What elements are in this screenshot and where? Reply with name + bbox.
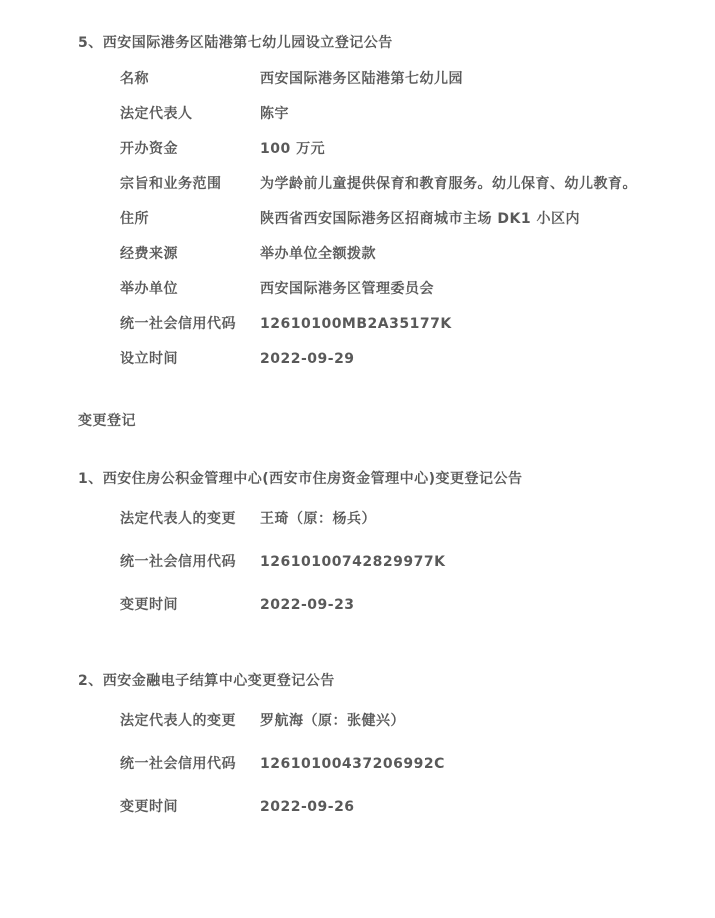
field-row-address: 住所 陕西省西安国际港务区招商城市主场 DK1 小区内 [78, 209, 670, 229]
field-row-credit-code: 统一社会信用代码 12610100MB2A35177K [78, 314, 670, 334]
field-label: 经费来源 [120, 244, 260, 264]
field-value: 2022-09-23 [260, 595, 670, 615]
field-value: 罗航海（原：张健兴） [260, 711, 670, 731]
field-value: 西安国际港务区陆港第七幼儿园 [260, 69, 670, 89]
field-row-organizer: 举办单位 西安国际港务区管理委员会 [78, 279, 670, 299]
field-value: 12610100MB2A35177K [260, 314, 670, 334]
field-value: 12610100437206992C [260, 754, 670, 774]
establishment-fields: 名称 西安国际港务区陆港第七幼儿园 法定代表人 陈宇 开办资金 100 万元 宗… [78, 69, 670, 369]
field-value: 2022-09-29 [260, 349, 670, 369]
field-label: 法定代表人的变更 [120, 711, 260, 731]
field-row-name: 名称 西安国际港务区陆港第七幼儿园 [78, 69, 670, 89]
field-row-opening-funds: 开办资金 100 万元 [78, 139, 670, 159]
change-announcement-title-2: 2、西安金融电子结算中心变更登记公告 [78, 671, 670, 691]
field-value: 王琦（原：杨兵） [260, 509, 670, 529]
field-value: 举办单位全额拨款 [260, 244, 670, 264]
establishment-announcement-title: 5、西安国际港务区陆港第七幼儿园设立登记公告 [78, 33, 670, 53]
field-value: 西安国际港务区管理委员会 [260, 279, 670, 299]
field-label: 开办资金 [120, 139, 260, 159]
field-label: 统一社会信用代码 [120, 552, 260, 572]
field-label: 宗旨和业务范围 [120, 174, 260, 194]
field-label: 设立时间 [120, 349, 260, 369]
field-label: 统一社会信用代码 [120, 314, 260, 334]
field-label: 变更时间 [120, 595, 260, 615]
field-label: 举办单位 [120, 279, 260, 299]
field-row-credit-code: 统一社会信用代码 12610100742829977K [78, 552, 670, 572]
field-row-change-date: 变更时间 2022-09-23 [78, 595, 670, 615]
field-label: 变更时间 [120, 797, 260, 817]
field-row-legal-rep-change: 法定代表人的变更 罗航海（原：张健兴） [78, 711, 670, 731]
field-label: 法定代表人的变更 [120, 509, 260, 529]
change-item-1-fields: 法定代表人的变更 王琦（原：杨兵） 统一社会信用代码 1261010074282… [78, 509, 670, 615]
field-row-funding-source: 经费来源 举办单位全额拨款 [78, 244, 670, 264]
field-value: 2022-09-26 [260, 797, 670, 817]
field-row-credit-code: 统一社会信用代码 12610100437206992C [78, 754, 670, 774]
field-row-legal-rep-change: 法定代表人的变更 王琦（原：杨兵） [78, 509, 670, 529]
field-label: 法定代表人 [120, 104, 260, 124]
field-row-purpose-scope: 宗旨和业务范围 为学龄前儿童提供保育和教育服务。幼儿保育、幼儿教育。 [78, 174, 670, 194]
field-row-legal-representative: 法定代表人 陈宇 [78, 104, 670, 124]
field-value: 为学龄前儿童提供保育和教育服务。幼儿保育、幼儿教育。 [260, 174, 670, 194]
field-row-change-date: 变更时间 2022-09-26 [78, 797, 670, 817]
change-announcement-title-1: 1、西安住房公积金管理中心(西安市住房资金管理中心)变更登记公告 [78, 469, 670, 489]
document-page: 5、西安国际港务区陆港第七幼儿园设立登记公告 名称 西安国际港务区陆港第七幼儿园… [0, 0, 715, 918]
change-item-2-fields: 法定代表人的变更 罗航海（原：张健兴） 统一社会信用代码 12610100437… [78, 711, 670, 817]
field-value: 陈宇 [260, 104, 670, 124]
field-label: 统一社会信用代码 [120, 754, 260, 774]
field-value: 12610100742829977K [260, 552, 670, 572]
field-label: 住所 [120, 209, 260, 229]
field-label: 名称 [120, 69, 260, 89]
change-registration-section-heading: 变更登记 [78, 411, 670, 431]
field-row-establishment-date: 设立时间 2022-09-29 [78, 349, 670, 369]
field-value: 100 万元 [260, 139, 670, 159]
field-value: 陕西省西安国际港务区招商城市主场 DK1 小区内 [260, 209, 670, 229]
